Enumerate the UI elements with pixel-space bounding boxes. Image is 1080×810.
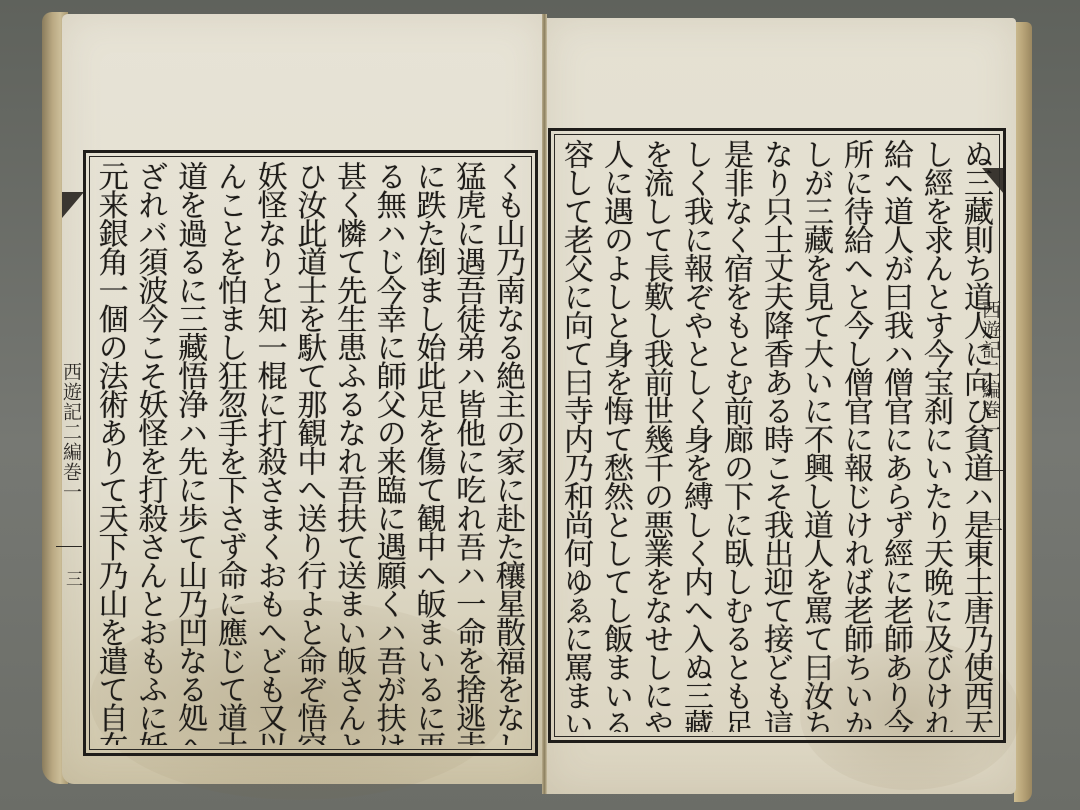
text-column: 是非なく宿をもとむ前廊の下に臥しむるとも足まり何ぞとしく [717,139,757,732]
text-column: 所に待給へと今し僧官に報じければ老師ちいかり門を閉て迎へ [837,139,877,732]
left-text-frame: くも山乃南なる絶主の家に赴た穰星散福をなしくろさに不計 猛虎に遇吾徒弟ハ皆他に吃… [83,150,538,756]
left-page-number: 三 [60,570,85,588]
text-column: 給へ道人が曰我ハ僧官にあらず經に老師あり今ハ斯と告ん師父此 [877,139,917,732]
text-column: 人に遇のよしと身を悔て愁然としてし飯まいる行者師父が満眼愁 [597,139,637,732]
book-gutter [542,14,547,794]
text-column: くも山乃南なる絶主の家に赴た穰星散福をなしくろさに不計 [489,161,529,745]
left-text-columns: くも山乃南なる絶主の家に赴た穰星散福をなしくろさに不計 猛虎に遇吾徒弟ハ皆他に吃… [92,161,529,745]
right-text-columns: ぬ三藏則ち道人に向ひ貧道ハ是東土唐乃使西天にいたり佛を拜 し經を求んとす今宝刹に… [557,139,997,732]
fishtail-mark-icon [62,192,84,218]
text-column: し經を求んとす今宝刹にいたり天晩に及びければ一宿を許し [917,139,957,732]
text-column: ぬ三藏則ち道人に向ひ貧道ハ是東土唐乃使西天にいたり佛を拜 [957,139,997,732]
text-column: んことを怕まし狂忽手を下さず命に應じて道士を馱行く三五里乃 [211,161,251,745]
text-column: 甚く憐て先生患ふるなれ吾扶て送まい皈さんとて孫行者に向 [330,161,370,745]
left-margin-title: 西遊記二編巻一 [58,362,85,502]
text-column: しが三藏を見て大いに不興し道人を罵て曰汝ちらずや我ハ是僧官 [797,139,837,732]
text-column: 容して老父に向て曰寺内乃和尚何ゆゑに罵まいひし三藏が白告す [557,139,597,732]
text-column: ざれバ須波今こそ妖怪を打殺さんとおもふに妖怪も早く是をさとり [132,161,172,745]
text-column: しく我に報ぞやとしく身を縛しく内へ入ぬ三藏是を見て双眼に涙 [677,139,717,732]
text-column: 道を過るに三藏悟浄ハ先に歩て山乃凹なる処へ下る乃ゆゑ揃形のみえ [171,161,211,745]
text-column: に跌た倒まし始此足を傷て観中へ皈まいるに再度虎出きたるハ逃る [410,161,450,745]
text-column: なり只士丈夫降香ある時こそ我出迎て接ども這ホの遊和尚の天晩て [757,139,797,732]
book-edge-right [1014,22,1032,802]
text-column: 猛虎に遇吾徒弟ハ皆他に吃れ吾ハ一命を捨逃走りしに忽ち石 [450,161,490,745]
right-text-frame: ぬ三藏則ち道人に向ひ貧道ハ是東土唐乃使西天にいたり佛を拜 し經を求んとす今宝刹に… [548,128,1006,743]
text-column: る無ハじ今幸に師父の来臨に遇願くハ吾が扶け皈らしめ給へ三藏 [370,161,410,745]
text-column: 妖怪なりと知一棍に打殺さまくおもへども又以前のごとく師父に責らまし [251,161,291,745]
margin-divider [56,546,82,547]
text-column: ひ汝此道士を馱て那観中へ送り行よと命ぞ悟空ハ早く道士をバ [291,161,331,745]
text-column: 元来銀角一個の法術ありて天下乃山を遣て自在をられで行者乃 [92,161,132,745]
text-column: を流して長歎し我前世幾千の悪業をなせしにや今生常に不良 [637,139,677,732]
